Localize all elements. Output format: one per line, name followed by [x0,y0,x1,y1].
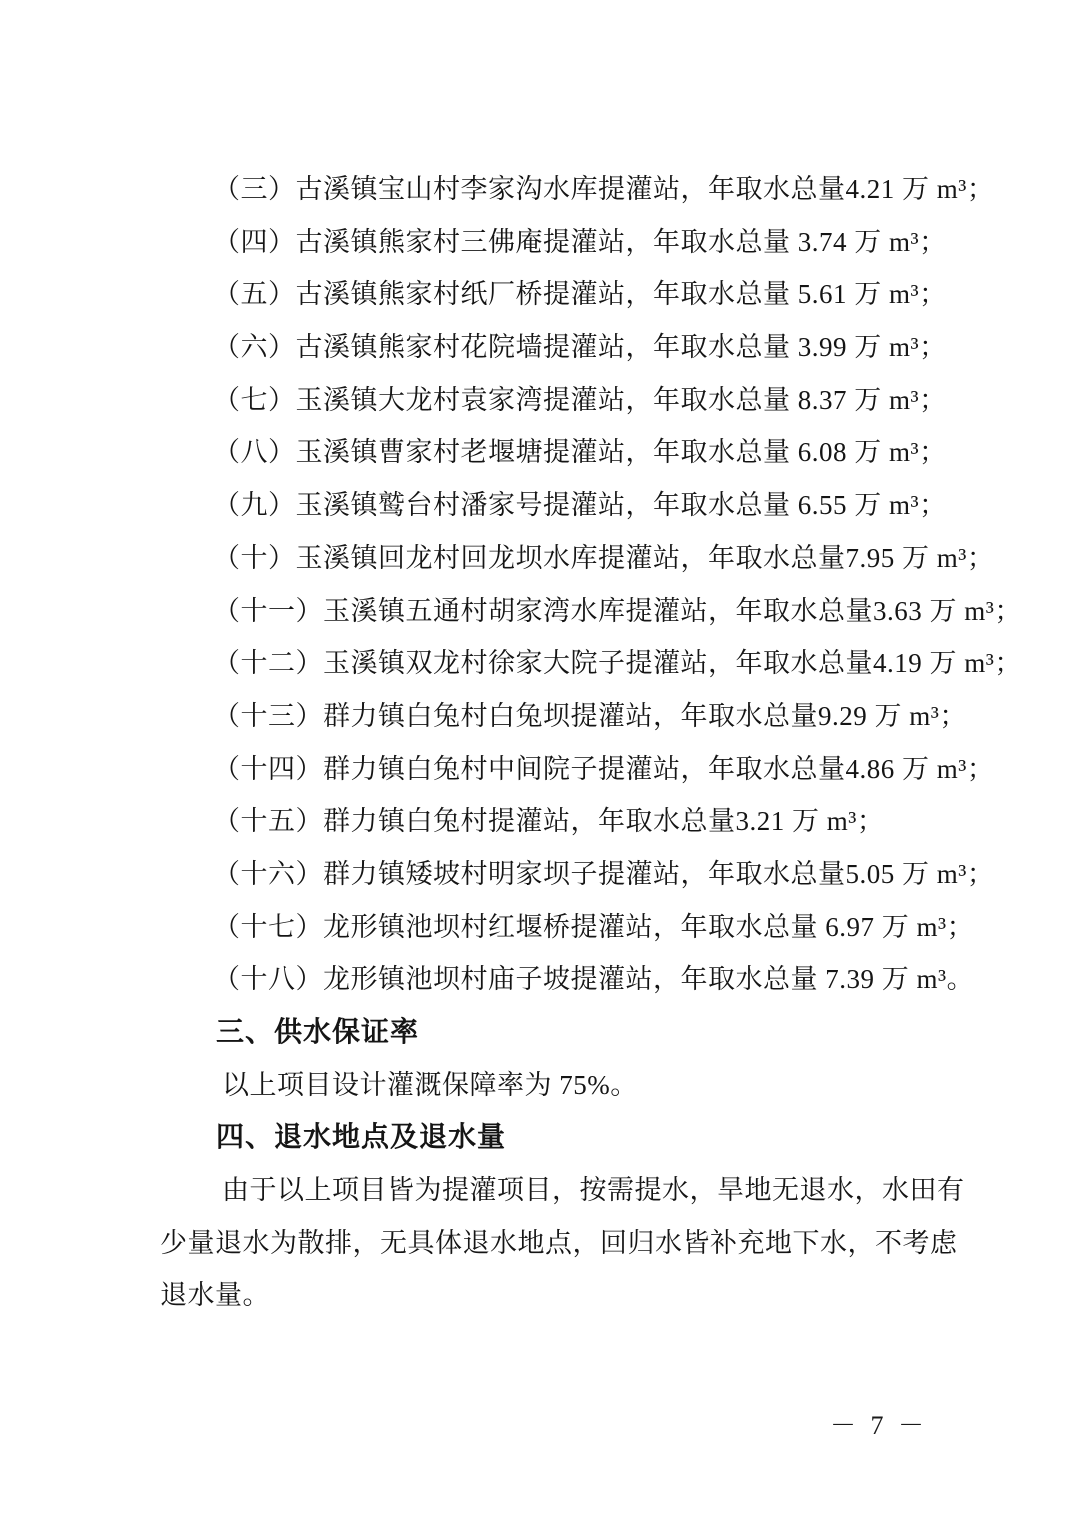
section-heading-water-supply-guarantee: 三、供水保证率 [160,1006,922,1059]
section-heading-return-water: 四、退水地点及退水量 [160,1111,922,1164]
list-item-13: （十三）群力镇白兔村白兔坝提灌站，年取水总量9.29 万 m³； [160,690,922,743]
list-item-4: （四）古溪镇熊家村三佛庵提灌站，年取水总量 3.74 万 m³； [160,216,922,269]
list-item-7: （七）玉溪镇大龙村袁家湾提灌站，年取水总量 8.37 万 m³； [160,374,922,427]
document-body: （三）古溪镇宝山村李家沟水库提灌站，年取水总量4.21 万 m³； （四）古溪镇… [160,163,922,1322]
paragraph-guarantee-rate: 以上项目设计灌溉保障率为 75%。 [160,1059,922,1112]
list-item-17: （十七）龙形镇池坝村红堰桥提灌站，年取水总量 6.97 万 m³； [160,901,922,954]
list-item-9: （九）玉溪镇鹫台村潘家号提灌站，年取水总量 6.55 万 m³； [160,479,922,532]
list-item-5: （五）古溪镇熊家村纸厂桥提灌站，年取水总量 5.61 万 m³； [160,268,922,321]
list-item-18: （十八）龙形镇池坝村庙子坡提灌站，年取水总量 7.39 万 m³。 [160,953,922,1006]
paragraph-return-water-line-2: 少量退水为散排，无具体退水地点，回归水皆补充地下水，不考虑 [160,1217,922,1270]
paragraph-return-water-line-3: 退水量。 [160,1269,922,1322]
document-page: （三）古溪镇宝山村李家沟水库提灌站，年取水总量4.21 万 m³； （四）古溪镇… [0,0,1074,1520]
page-number: － 7 － [830,1404,970,1448]
list-item-11: （十一）玉溪镇五通村胡家湾水库提灌站，年取水总量3.63 万 m³； [160,585,922,638]
list-item-12: （十二）玉溪镇双龙村徐家大院子提灌站，年取水总量4.19 万 m³； [160,637,922,690]
list-item-3: （三）古溪镇宝山村李家沟水库提灌站，年取水总量4.21 万 m³； [160,163,922,216]
list-item-10: （十）玉溪镇回龙村回龙坝水库提灌站，年取水总量7.95 万 m³； [160,532,922,585]
list-item-6: （六）古溪镇熊家村花院墙提灌站，年取水总量 3.99 万 m³； [160,321,922,374]
paragraph-return-water-line-1: 由于以上项目皆为提灌项目，按需提水，旱地无退水，水田有 [160,1164,922,1217]
list-item-8: （八）玉溪镇曹家村老堰塘提灌站，年取水总量 6.08 万 m³； [160,426,922,479]
list-item-15: （十五）群力镇白兔村提灌站，年取水总量3.21 万 m³； [160,795,922,848]
list-item-16: （十六）群力镇矮坡村明家坝子提灌站，年取水总量5.05 万 m³； [160,848,922,901]
list-item-14: （十四）群力镇白兔村中间院子提灌站，年取水总量4.86 万 m³； [160,743,922,796]
